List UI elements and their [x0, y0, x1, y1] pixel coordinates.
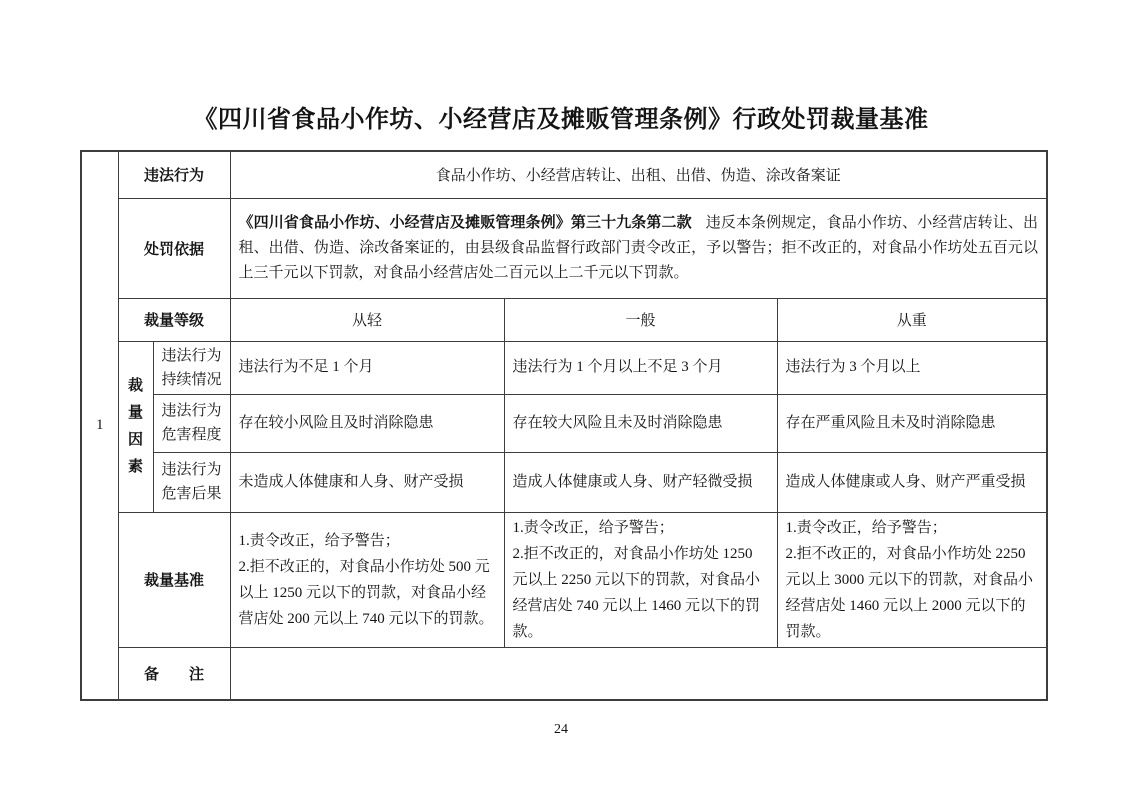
penalty-basis-citation: 《四川省食品小作坊、小经营店及摊贩管理条例》第三十九条第二款: [239, 215, 692, 231]
page-number: 24: [0, 722, 1122, 738]
table-row-benchmark: 裁量基准 1.责令改正，给予警告； 2.拒不改正的，对食品小作坊处 500 元以…: [81, 512, 1047, 647]
remarks-label: 备 注: [118, 647, 230, 700]
benchmark-label: 裁量基准: [118, 512, 230, 647]
factor-risk-label: 违法行为危害程度: [153, 394, 230, 452]
penalty-discretion-table: 1 违法行为 食品小作坊、小经营店转让、出租、出借、伪造、涂改备案证 处罚依据 …: [80, 150, 1048, 701]
factor-consequence-light: 未造成人体健康和人身、财产受损: [230, 452, 504, 512]
table-row-factor-duration: 裁量因素 违法行为持续情况 违法行为不足 1 个月 违法行为 1 个月以上不足 …: [81, 341, 1047, 394]
factors-label-cell: 裁量因素: [118, 341, 153, 512]
benchmark-heavy: 1.责令改正，给予警告； 2.拒不改正的，对食品小作坊处 2250 元以上 30…: [777, 512, 1047, 647]
factor-duration-normal: 违法行为 1 个月以上不足 3 个月: [504, 341, 777, 394]
factor-duration-label: 违法行为持续情况: [153, 341, 230, 394]
table-row-penalty-basis: 处罚依据 《四川省食品小作坊、小经营店及摊贩管理条例》第三十九条第二款违反本条例…: [81, 198, 1047, 298]
factor-risk-heavy: 存在严重风险且未及时消除隐患: [777, 394, 1047, 452]
penalty-basis-content: 《四川省食品小作坊、小经营店及摊贩管理条例》第三十九条第二款违反本条例规定，食品…: [230, 198, 1047, 298]
table-row-illegal-act: 1 违法行为 食品小作坊、小经营店转让、出租、出借、伪造、涂改备案证: [81, 151, 1047, 198]
table-row-factor-consequence: 违法行为危害后果 未造成人体健康和人身、财产受损 造成人体健康或人身、财产轻微受…: [81, 452, 1047, 512]
table-row-factor-risk: 违法行为危害程度 存在较小风险且及时消除隐患 存在较大风险且未及时消除隐患 存在…: [81, 394, 1047, 452]
illegal-act-content: 食品小作坊、小经营店转让、出租、出借、伪造、涂改备案证: [230, 151, 1047, 198]
level-light: 从轻: [230, 298, 504, 341]
remarks-content: [230, 647, 1047, 700]
factor-consequence-heavy: 造成人体健康或人身、财产严重受损: [777, 452, 1047, 512]
factor-risk-light: 存在较小风险且及时消除隐患: [230, 394, 504, 452]
factor-risk-normal: 存在较大风险且未及时消除隐患: [504, 394, 777, 452]
benchmark-normal: 1.责令改正，给予警告； 2.拒不改正的，对食品小作坊处 1250 元以上 22…: [504, 512, 777, 647]
factor-consequence-label: 违法行为危害后果: [153, 452, 230, 512]
table-row-remarks: 备 注: [81, 647, 1047, 700]
benchmark-light: 1.责令改正，给予警告； 2.拒不改正的，对食品小作坊处 500 元以上 125…: [230, 512, 504, 647]
level-label: 裁量等级: [118, 298, 230, 341]
level-heavy: 从重: [777, 298, 1047, 341]
level-normal: 一般: [504, 298, 777, 341]
document-page: 《四川省食品小作坊、小经营店及摊贩管理条例》行政处罚裁量基准 1 违法行为 食品…: [0, 0, 1122, 793]
factor-duration-light: 违法行为不足 1 个月: [230, 341, 504, 394]
factor-consequence-normal: 造成人体健康或人身、财产轻微受损: [504, 452, 777, 512]
document-title: 《四川省食品小作坊、小经营店及摊贩管理条例》行政处罚裁量基准: [0, 99, 1122, 134]
factors-label: 裁量因素: [127, 373, 144, 481]
factor-duration-heavy: 违法行为 3 个月以上: [777, 341, 1047, 394]
row-number-cell: 1: [81, 151, 118, 700]
penalty-basis-label: 处罚依据: [118, 198, 230, 298]
illegal-act-label: 违法行为: [118, 151, 230, 198]
table-row-discretion-level: 裁量等级 从轻 一般 从重: [81, 298, 1047, 341]
